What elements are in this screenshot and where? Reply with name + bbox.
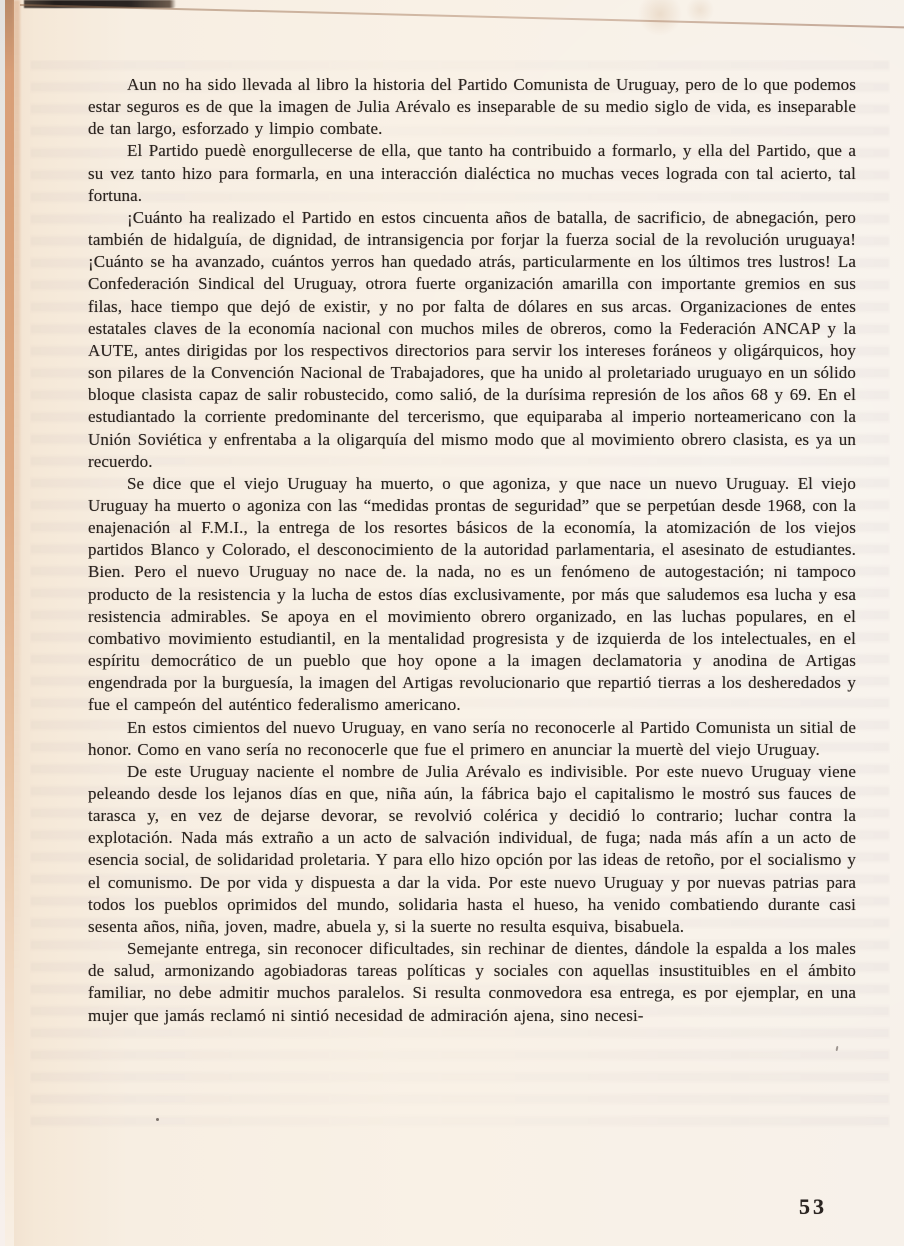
paragraph: De este Uruguay naciente el nombre de Ju… bbox=[88, 761, 856, 938]
page-number: 53 bbox=[799, 1194, 827, 1220]
paragraph: En estos cimientos del nuevo Uruguay, en… bbox=[88, 717, 856, 761]
paragraph: Aun no ha sido llevada al libro la histo… bbox=[88, 74, 856, 140]
top-page-edge-line bbox=[20, 4, 904, 28]
body-text: Aun no ha sido llevada al libro la histo… bbox=[88, 74, 856, 1027]
paragraph: El Partido puedè enorgullecerse de ella,… bbox=[88, 140, 856, 206]
page-edge-shadow bbox=[13, 0, 20, 972]
ink-speck bbox=[156, 1118, 159, 1121]
paragraph: Se dice que el viejo Uruguay ha muerto, … bbox=[88, 473, 856, 717]
scanned-page: Aun no ha sido llevada al libro la histo… bbox=[0, 0, 904, 1246]
paragraph: ¡Cuánto ha realizado el Partido en estos… bbox=[88, 207, 856, 473]
paragraph: Semejante entrega, sin reconocer dificul… bbox=[88, 938, 856, 1027]
